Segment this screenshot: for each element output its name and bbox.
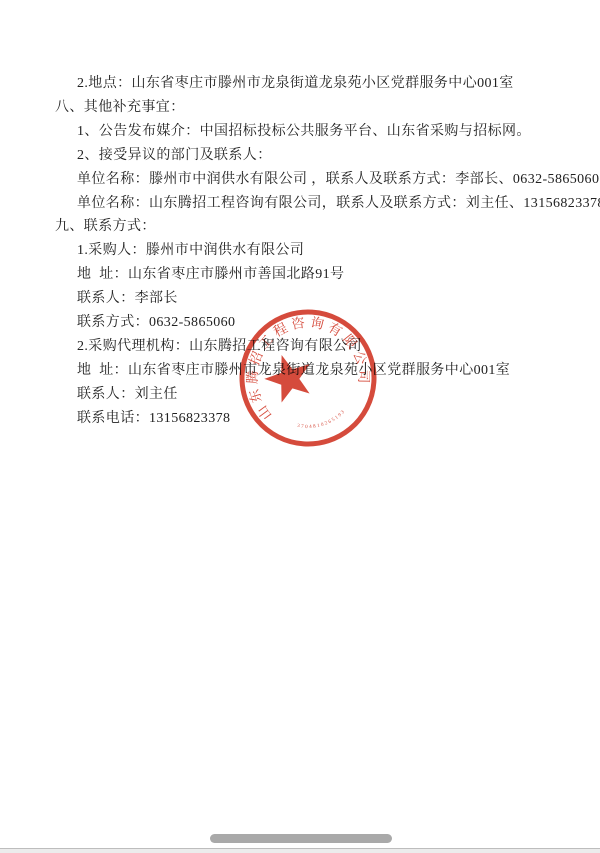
section-heading-contact: 九、联系方式： <box>55 215 590 239</box>
bottom-edge-strip <box>0 848 600 853</box>
doc-line-purchaser-phone: 联系方式：0632-5865060 <box>55 311 590 335</box>
doc-line-agent-phone: 联系电话：13156823378 <box>55 407 590 431</box>
doc-line-location: 2.地点：山东省枣庄市滕州市龙泉街道龙泉苑小区党群服务中心001室 <box>55 72 590 96</box>
doc-line-purchaser-addr: 地 址：山东省枣庄市滕州市善国北路91号 <box>55 263 590 287</box>
doc-line-agent-addr: 地 址：山东省枣庄市滕州市龙泉街道龙泉苑小区党群服务中心001室 <box>55 359 590 383</box>
home-indicator[interactable] <box>210 834 392 843</box>
document-body: 2.地点：山东省枣庄市滕州市龙泉街道龙泉苑小区党群服务中心001室 八、其他补充… <box>55 72 590 431</box>
doc-line-agent-name: 联系人：刘主任 <box>55 383 590 407</box>
section-heading-other: 八、其他补充事宜： <box>55 96 590 120</box>
doc-line-purchaser-name: 联系人：李部长 <box>55 287 590 311</box>
doc-line-media: 1、公告发布媒介：中国招标投标公共服务平台、山东省采购与招标网。 <box>55 120 590 144</box>
doc-line-purchaser: 1.采购人：滕州市中润供水有限公司 <box>55 239 590 263</box>
doc-line-objection: 2、接受异议的部门及联系人： <box>55 144 590 168</box>
doc-line-unit-purchaser: 单位名称：滕州市中润供水有限公司 ，联系人及联系方式：李部长、0632-5865… <box>55 168 590 192</box>
doc-line-unit-agent: 单位名称：山东腾招工程咨询有限公司，联系人及联系方式：刘主任、131568233… <box>55 192 590 216</box>
doc-line-agent: 2.采购代理机构：山东腾招工程咨询有限公司 <box>55 335 590 359</box>
